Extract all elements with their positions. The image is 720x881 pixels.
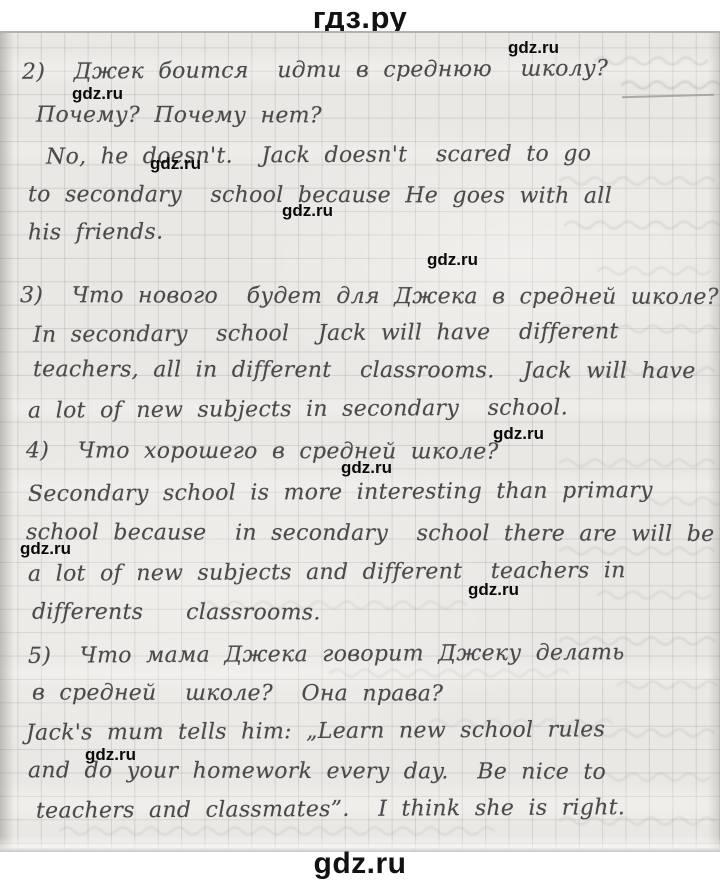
site-footer-logo[interactable]: gdz.ru — [0, 847, 720, 880]
gdz-watermark-6: gdz.ru — [493, 425, 544, 443]
handwritten-line-6: 3) Что нового будет для Джека в средней … — [20, 282, 719, 311]
gdz-watermark-2: gdz.ru — [72, 85, 123, 103]
handwritten-line-5: his friends. — [28, 219, 164, 247]
handwritten-line-19: teachers and classmates”. I think she is… — [36, 794, 625, 825]
handwritten-line-14: differents classrooms. — [32, 599, 321, 627]
handwritten-line-17: Jack's mum tells him: „Learn new school … — [26, 716, 605, 747]
gdz-watermark-3: gdz.ru — [150, 155, 201, 173]
gdz-watermark-8: gdz.ru — [20, 540, 71, 558]
handwritten-line-10: 4) Что хорошего в средней школе? — [26, 437, 499, 465]
handwritten-line-1: 2) Джек боится идти в среднюю школу? — [22, 55, 608, 86]
paper-edge-right — [708, 33, 720, 852]
handwritten-line-8: teachers, all in different classrooms. J… — [33, 356, 696, 385]
handwritten-line-9: a lot of new subjects in secondary schoo… — [28, 394, 568, 424]
handwritten-line-13: a lot of new subjects and different teac… — [28, 557, 626, 588]
handwritten-line-15: 5) Что мама Джека говорит Джеку делать — [28, 639, 625, 670]
paper-edge-left — [0, 33, 14, 852]
handwritten-line-16: в средней школе? Она права? — [32, 679, 443, 707]
gdz-watermark-9: gdz.ru — [468, 581, 519, 599]
site-header-logo[interactable]: гдз.ру — [0, 1, 720, 35]
gdz-watermark-4: gdz.ru — [282, 202, 333, 220]
handwritten-line-7: In secondary school Jack will have diffe… — [33, 318, 619, 349]
handwritten-line-3: No, he doesn't. Jack doesn't scared to g… — [46, 140, 591, 170]
gdz-watermark-1: gdz.ru — [508, 39, 559, 57]
handwritten-line-12: school because in secondary school there… — [26, 519, 714, 548]
notebook-photo: 2) Джек боится идти в среднюю школу?Поче… — [0, 31, 720, 852]
handwritten-line-11: Secondary school is more interesting tha… — [28, 477, 653, 508]
bleed-underline — [622, 94, 714, 98]
gdz-watermark-7: gdz.ru — [341, 459, 392, 477]
handwritten-line-2: Почему? Почему нет? — [36, 102, 322, 130]
gdz-watermark-5: gdz.ru — [427, 251, 478, 269]
gdz-watermark-10: gdz.ru — [85, 746, 136, 764]
